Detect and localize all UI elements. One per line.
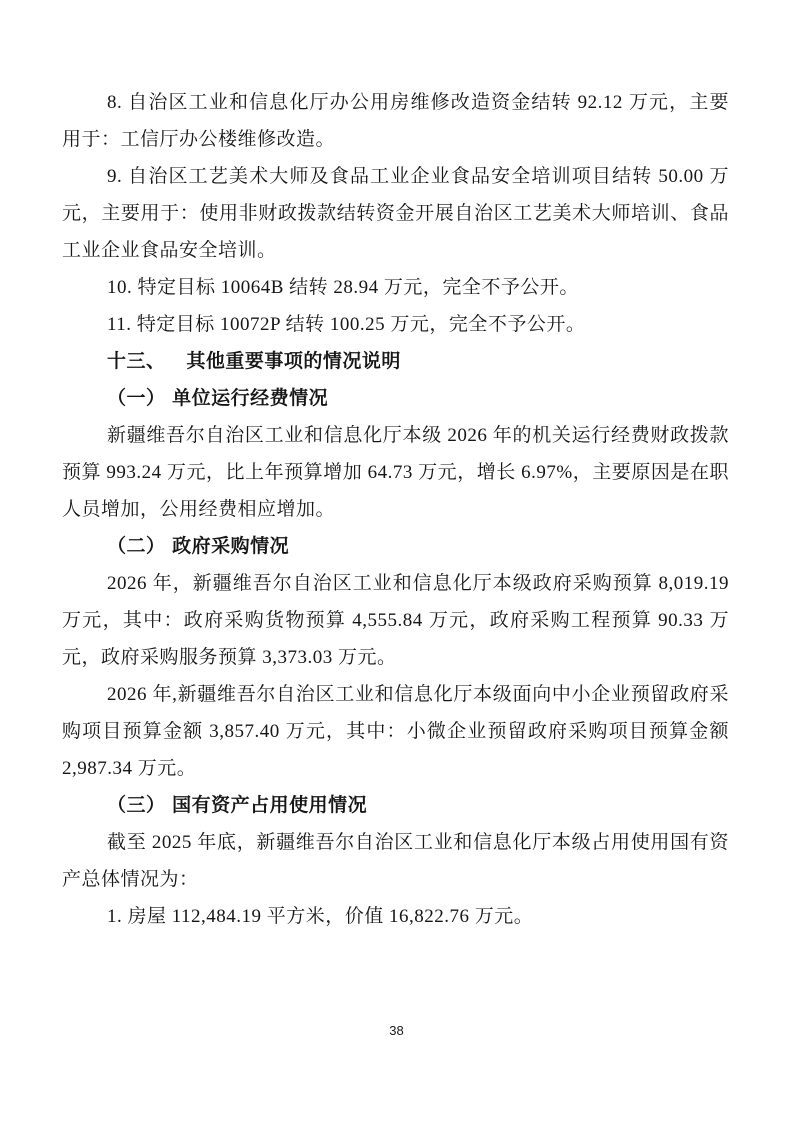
section-number: 十三、 [107,351,166,372]
subsection-1-number: （一） [107,388,166,409]
subsection-heading-1: （一）单位运行经费情况 [62,380,729,417]
carryover-item-8: 8. 自治区工业和信息化厅办公用房维修改造资金结转 92.12 万元，主要用于：… [62,84,729,158]
procurement-budget-paragraph: 2026 年，新疆维吾尔自治区工业和信息化厅本级政府采购预算 8,019.19 … [62,565,729,676]
carryover-item-11: 11. 特定目标 10072P 结转 100.25 万元，完全不予公开。 [62,306,729,343]
subsection-3-title: 国有资产占用使用情况 [172,795,367,816]
carryover-item-10: 10. 特定目标 10064B 结转 28.94 万元，完全不予公开。 [62,269,729,306]
sme-reserved-procurement-paragraph: 2026 年,新疆维吾尔自治区工业和信息化厅本级面向中小企业预留政府采购项目预算… [62,676,729,787]
document-page: { "doc": { "page_number": "38", "carryov… [0,0,793,1122]
section-title: 其他重要事项的情况说明 [186,351,401,372]
subsection-heading-3: （三）国有资产占用使用情况 [62,787,729,824]
page-number: 38 [389,1023,403,1038]
subsection-heading-2: （二）政府采购情况 [62,528,729,565]
subsection-2-title: 政府采购情况 [172,536,289,557]
document-body: 8. 自治区工业和信息化厅办公用房维修改造资金结转 92.12 万元，主要用于：… [62,84,729,935]
section-heading-13: 十三、其他重要事项的情况说明 [62,343,729,380]
state-assets-intro-paragraph: 截至 2025 年底，新疆维吾尔自治区工业和信息化厅本级占用使用国有资产总体情况… [62,824,729,898]
subsection-1-title: 单位运行经费情况 [172,388,328,409]
state-assets-housing-paragraph: 1. 房屋 112,484.19 平方米，价值 16,822.76 万元。 [62,898,729,935]
carryover-item-9: 9. 自治区工艺美术大师及食品工业企业食品安全培训项目结转 50.00 万元，主… [62,158,729,269]
subsection-2-number: （二） [107,536,166,557]
operating-expense-paragraph: 新疆维吾尔自治区工业和信息化厅本级 2026 年的机关运行经费财政拨款预算 99… [62,417,729,528]
subsection-3-number: （三） [107,795,166,816]
page-footer: 38 [0,1022,793,1040]
